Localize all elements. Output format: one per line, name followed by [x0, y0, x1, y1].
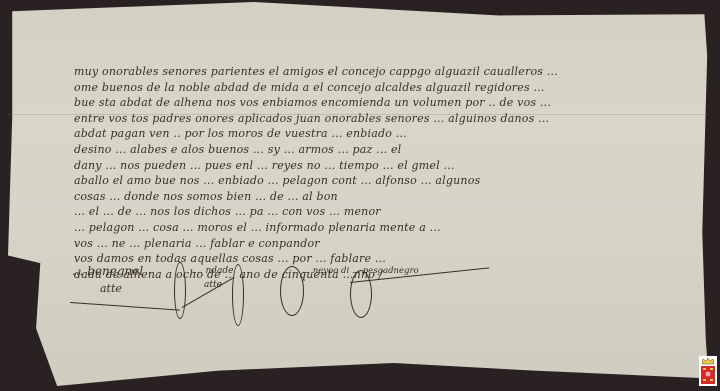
text-line: cosas ... donde nos somos bien ... de ..…: [74, 189, 674, 205]
text-line: ... el ... de ... nos los dichos ... pa …: [74, 204, 674, 220]
text-line: muy onorables senores parientes el amigo…: [74, 64, 674, 80]
text-line: bue sta abdat de alhena nos vos enbiamos…: [74, 95, 674, 111]
signature-flourish: [174, 262, 186, 319]
signature-flourish: [232, 264, 244, 326]
signature-flourish: [70, 302, 180, 311]
manuscript-text: muy onorables senores parientes el amigo…: [74, 64, 674, 282]
text-line: aballo el amo bue nos ... enbiado ... pe…: [74, 173, 674, 189]
signature-title: atte: [100, 282, 122, 295]
text-line: vos ... ne ... plenaria ... fablar e con…: [74, 236, 674, 252]
text-line: abdat pagan ven .. por los moros de vues…: [74, 126, 674, 142]
text-line: dany ... nos pueden ... pues enl ... rey…: [74, 158, 674, 174]
text-line: ... pelagon ... cosa ... moros el ... in…: [74, 220, 674, 236]
signatures-area: ... benegnel atte ... ndade atte ... ney…: [70, 262, 490, 342]
text-line: ome buenos de la noble abdad de mida a e…: [74, 80, 674, 96]
signature-flourish: [350, 270, 372, 318]
signature-name: ... ndade: [194, 266, 233, 276]
signature-flourish: [280, 266, 304, 316]
signature-name: ... benegnel: [72, 264, 143, 278]
text-line: entre vos tos padres onores aplicados ju…: [74, 111, 674, 127]
archive-coat-of-arms-icon: [699, 356, 717, 386]
text-line: desino ... alabes e alos buenos ... sy .…: [74, 142, 674, 158]
